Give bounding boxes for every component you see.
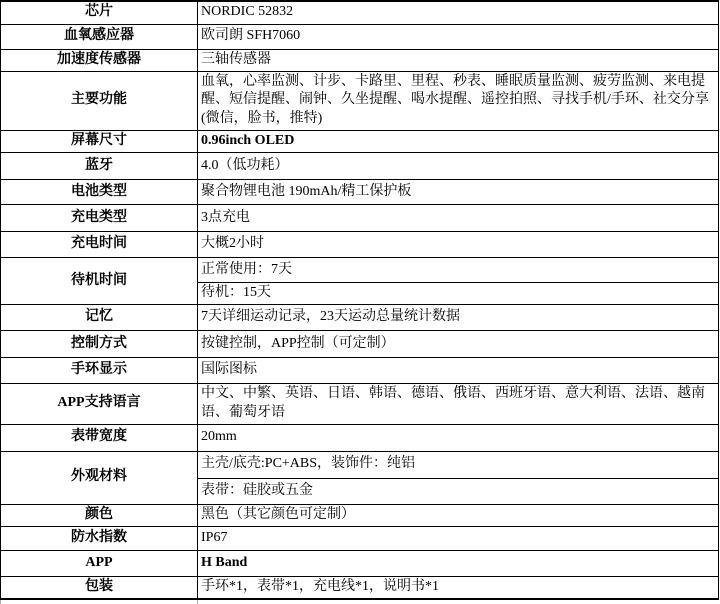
table-row: 充电类型 3点充电: [1, 205, 719, 232]
table-row: 外观材料 主壳/底壳:PC+ABS，装饰件：纯铝: [1, 451, 719, 478]
spec-label-charging-time: 充电时间: [1, 232, 198, 258]
table-row: 手环显示 国际图标: [1, 357, 719, 383]
table-row: 血氧感应器 欧司朗 SFH7060: [1, 24, 719, 49]
spec-value-materials-strap: 表带：硅胶或五金: [198, 478, 719, 504]
spec-label-spo2-sensor: 血氧感应器: [1, 24, 198, 49]
spec-label-charging-type: 充电类型: [1, 205, 198, 232]
table-row: 蓝牙 4.0（低功耗）: [1, 153, 719, 180]
spec-value-color: 黑色（其它颜色可定制）: [198, 504, 719, 526]
spec-value-battery-type: 聚合物锂电池 190mAh/精工保护板: [198, 180, 719, 205]
spec-value-strap-width: 20mm: [198, 424, 719, 451]
spec-value-app-languages: 中文、中繁、英语、日语、韩语、德语、俄语、西班牙语、意大利语、法语、越南语、葡萄…: [198, 383, 719, 424]
spec-value-standby-idle: 待机：15天: [198, 283, 719, 305]
spec-value-memory: 7天详细运动记录，23天运动总量统计数据: [198, 304, 719, 330]
cut-off-next-row: [0, 600, 720, 604]
table-row: 芯片 NORDIC 52832: [1, 1, 719, 24]
spec-label-band-display: 手环显示: [1, 357, 198, 383]
spec-value-app: H Band: [198, 550, 719, 576]
spec-label-memory: 记忆: [1, 304, 198, 330]
spec-label-packaging: 包装: [1, 576, 198, 598]
spec-label-materials: 外观材料: [1, 451, 198, 504]
spec-value-standby-normal-use: 正常使用：7天: [198, 258, 719, 283]
table-row: 待机时间 正常使用：7天: [1, 258, 719, 283]
table-row: 充电时间 大概2小时: [1, 232, 719, 258]
table-row: APP支持语言 中文、中繁、英语、日语、韩语、德语、俄语、西班牙语、意大利语、法…: [1, 383, 719, 424]
spec-value-charging-type: 3点充电: [198, 205, 719, 232]
spec-value-screen-size: 0.96inch OLED: [198, 131, 719, 153]
spec-value-spo2-sensor: 欧司朗 SFH7060: [198, 24, 719, 49]
spec-value-accelerometer: 三轴传感器: [198, 49, 719, 71]
spec-label-app: APP: [1, 550, 198, 576]
spec-value-charging-time: 大概2小时: [198, 232, 719, 258]
spec-value-bluetooth: 4.0（低功耗）: [198, 153, 719, 180]
spec-value-waterproof-rating: IP67: [198, 526, 719, 550]
table-row: 加速度传感器 三轴传感器: [1, 49, 719, 71]
spec-label-waterproof-rating: 防水指数: [1, 526, 198, 550]
table-row: 记忆 7天详细运动记录，23天运动总量统计数据: [1, 304, 719, 330]
spec-label-bluetooth: 蓝牙: [1, 153, 198, 180]
spec-label-standby-time: 待机时间: [1, 258, 198, 305]
spec-label-control-method: 控制方式: [1, 330, 198, 357]
table-row: 主要功能 血氧，心率监测、计步、卡路里、里程、秒表、睡眠质量监测、疲劳监测、来电…: [1, 71, 719, 131]
spec-value-band-display: 国际图标: [198, 357, 719, 383]
spec-label-chip: 芯片: [1, 1, 198, 24]
spec-label-battery-type: 电池类型: [1, 180, 198, 205]
spec-label-app-languages: APP支持语言: [1, 383, 198, 424]
spec-label-main-functions: 主要功能: [1, 71, 198, 131]
spec-label-color: 颜色: [1, 504, 198, 526]
table-row: 颜色 黑色（其它颜色可定制）: [1, 504, 719, 526]
table-row: APP H Band: [1, 550, 719, 576]
table-row: 包装 手环*1，表带*1，充电线*1，说明书*1: [1, 576, 719, 598]
cut-off-next-row-divider: [1, 600, 198, 604]
spec-label-accelerometer: 加速度传感器: [1, 49, 198, 71]
spec-value-materials-case: 主壳/底壳:PC+ABS，装饰件：纯铝: [198, 451, 719, 478]
spec-value-chip: NORDIC 52832: [198, 1, 719, 24]
table-row: 屏幕尺寸 0.96inch OLED: [1, 131, 719, 153]
spec-table: 芯片 NORDIC 52832 血氧感应器 欧司朗 SFH7060 加速度传感器…: [0, 0, 719, 600]
spec-value-main-functions: 血氧，心率监测、计步、卡路里、里程、秒表、睡眠质量监测、疲劳监测、来电提醒、短信…: [198, 71, 719, 131]
table-row: 表带宽度 20mm: [1, 424, 719, 451]
table-row: 电池类型 聚合物锂电池 190mAh/精工保护板: [1, 180, 719, 205]
table-row: 防水指数 IP67: [1, 526, 719, 550]
table-row: 控制方式 按键控制，APP控制（可定制）: [1, 330, 719, 357]
spec-value-control-method: 按键控制，APP控制（可定制）: [198, 330, 719, 357]
spec-value-packaging: 手环*1，表带*1，充电线*1，说明书*1: [198, 576, 719, 598]
spec-label-strap-width: 表带宽度: [1, 424, 198, 451]
spec-label-screen-size: 屏幕尺寸: [1, 131, 198, 153]
